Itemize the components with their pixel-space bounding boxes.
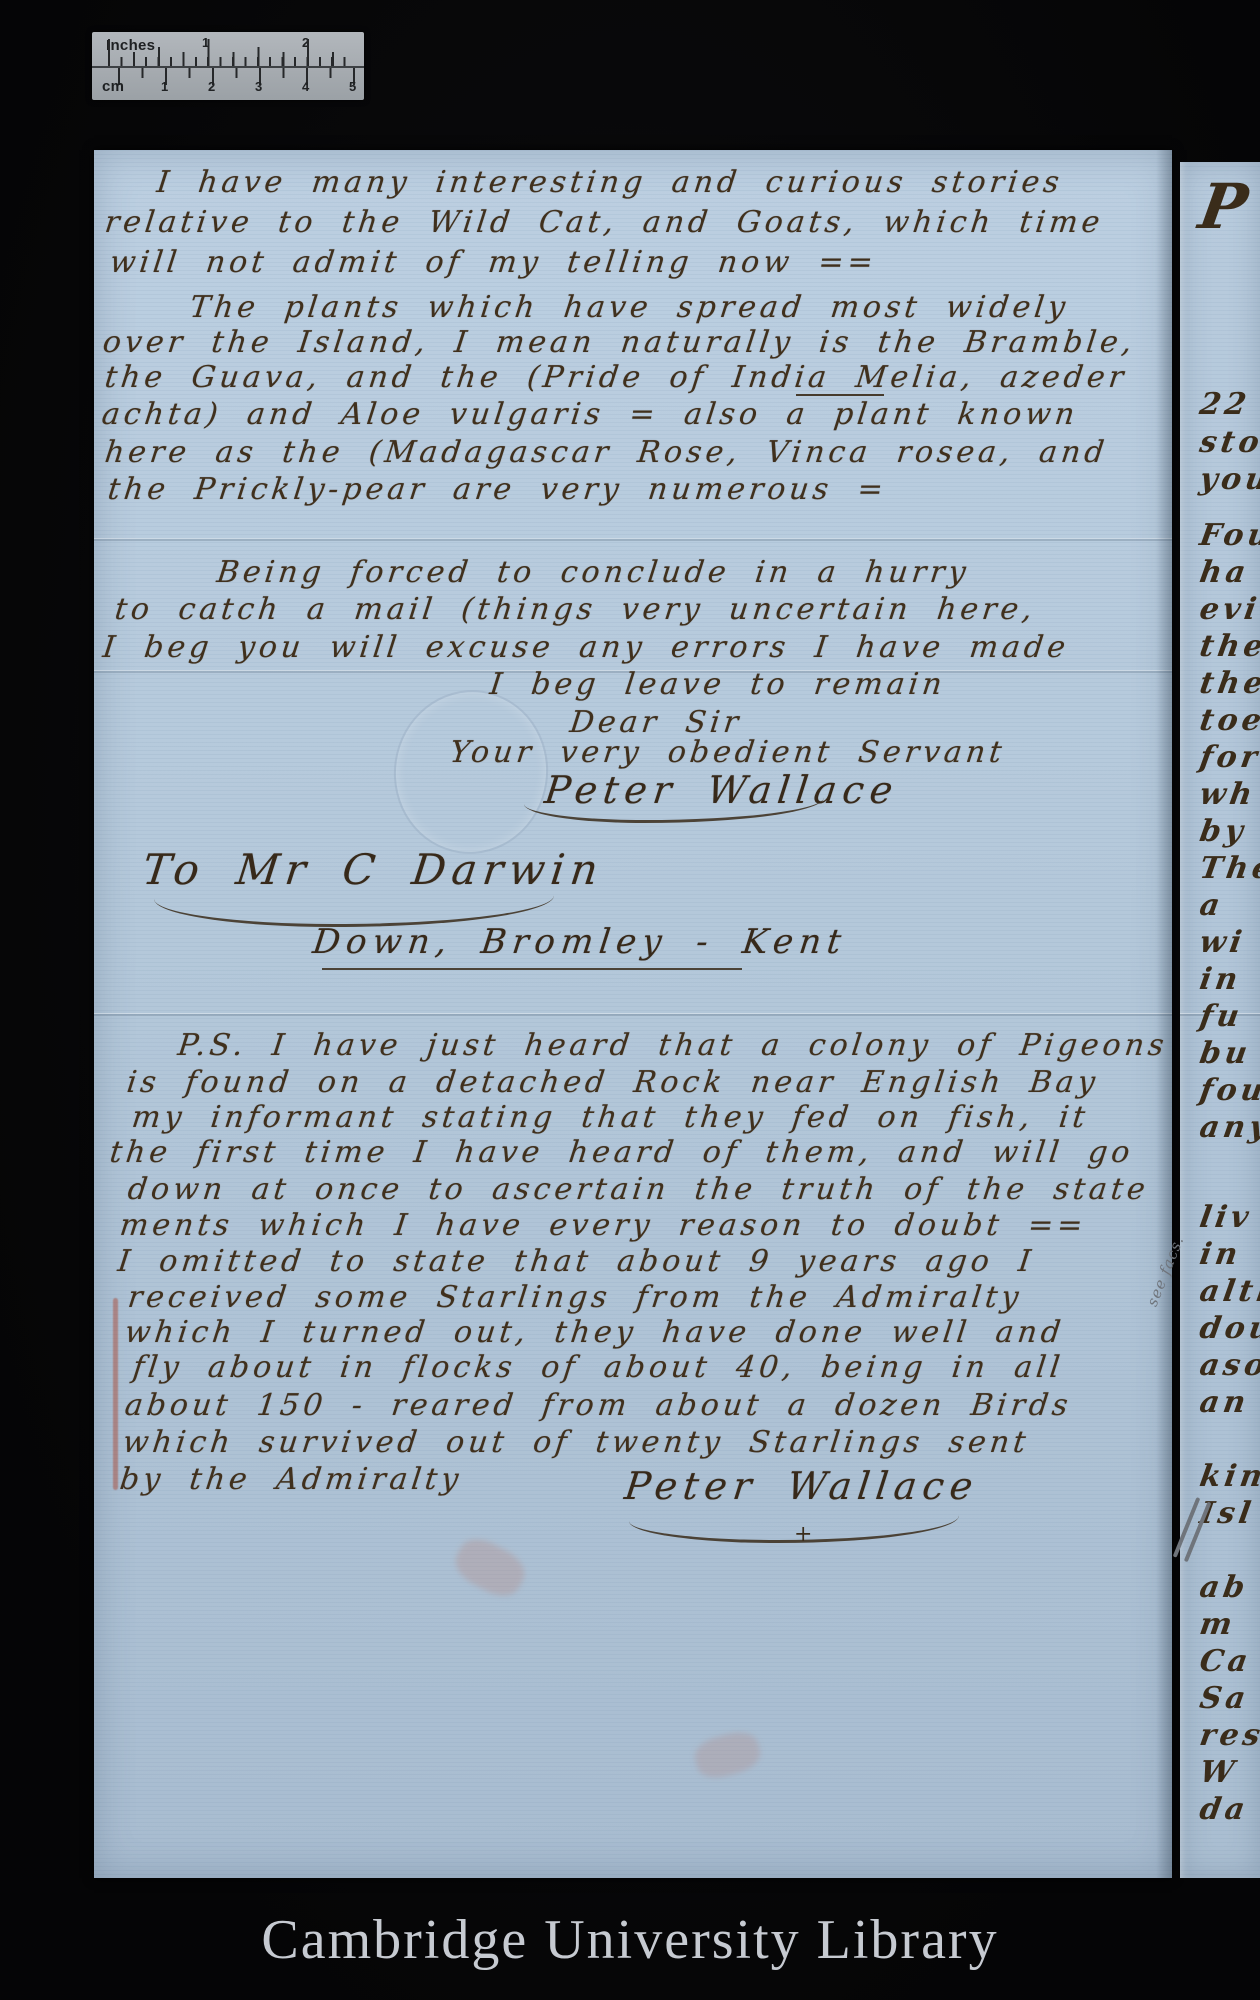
second-page-fragment: in (1197, 1237, 1244, 1272)
letter-line: here as the (Madagascar Rose, Vinca rose… (103, 435, 1110, 470)
letter-line: which I turned out, they have done well … (123, 1315, 1067, 1350)
second-page-fragment: P (1194, 170, 1256, 243)
letter-page: + I have many interesting and curious st… (94, 150, 1172, 1878)
second-page-fragment: sto (1197, 425, 1260, 460)
second-page-fragment: m (1197, 1607, 1238, 1642)
letter-line: received some Starlings from the Admiral… (126, 1280, 1025, 1315)
second-page-fragment: toe (1197, 703, 1260, 738)
second-page-fragment: an (1197, 1385, 1252, 1420)
signature-line: Peter Wallace (542, 768, 901, 812)
letter-line: relative to the Wild Cat, and Goats, whi… (103, 205, 1106, 240)
second-page-fragment: ab (1197, 1570, 1251, 1605)
second-page-fragment: W (1197, 1755, 1240, 1790)
ruler-cm-number-1: 1 (161, 79, 168, 94)
fold-crease (94, 1013, 1172, 1016)
letter-line: the first time I have heard of them, and… (108, 1135, 1136, 1170)
letter-line: down at once to ascertain the truth of t… (126, 1172, 1151, 1207)
letter-line: The plants which have spread most widely (188, 290, 1071, 325)
second-page-fragment: liv (1197, 1200, 1255, 1235)
letter-line: my informant stating that they fed on fi… (130, 1100, 1091, 1135)
letter-line: which survived out of twenty Starlings s… (121, 1425, 1032, 1460)
second-page-fragment: wi (1197, 925, 1248, 960)
second-page-fragment: you (1197, 462, 1260, 497)
letter-line: achta) and Aloe vulgaris = also a plant … (100, 397, 1081, 432)
second-page-fragment: evi (1197, 592, 1260, 627)
letter-line: P.S. I have just heard that a colony of … (176, 1028, 1170, 1063)
second-page-fragment: for (1197, 740, 1260, 775)
ruler-inch-ticks (108, 39, 350, 66)
second-page-fragment: da (1197, 1792, 1251, 1827)
letter-line: over the Island, I mean naturally is the… (101, 325, 1138, 360)
letter-line: to catch a mail (things very uncertain h… (113, 592, 1038, 627)
photo-stage: Inches 1 2 cm 1 2 3 4 5 + I have many in… (0, 0, 1260, 2000)
second-page-fragment: dou (1197, 1311, 1260, 1346)
signature-line: Down, Bromley - Kent (311, 922, 850, 962)
letter-line: will not admit of my telling now == (108, 245, 879, 280)
ruler-cm-number-2: 2 (208, 79, 215, 94)
second-page-fragment: 22 (1197, 387, 1252, 422)
page-fold-shadow (1156, 150, 1172, 1878)
letter-line: I beg leave to remain (488, 667, 948, 702)
letter-line: is found on a detached Rock near English… (125, 1065, 1101, 1100)
second-page-fragment: Sa (1197, 1681, 1252, 1716)
second-page-fragment: wh (1197, 777, 1258, 812)
measurement-ruler: Inches 1 2 cm 1 2 3 4 5 (92, 32, 364, 100)
second-page-fragment: in (1197, 962, 1244, 997)
fold-crease (94, 538, 1172, 541)
letter-line: I have many interesting and curious stor… (155, 165, 1065, 200)
letter-line: by the Admiralty (118, 1462, 464, 1497)
second-page-fragment: aso (1197, 1348, 1260, 1383)
letter-line: fly about in flocks of about 40, being i… (131, 1350, 1066, 1385)
letter-line: the Prickly-pear are very numerous = (106, 472, 889, 507)
red-crayon-mark (113, 1298, 118, 1490)
second-page-fragment: alth (1197, 1274, 1260, 1309)
second-page-fragment: any (1197, 1110, 1260, 1145)
letter-line: about 150 - reared from about a dozen Bi… (123, 1388, 1074, 1423)
second-page-fragment: They (1197, 851, 1260, 886)
letter-line: Your very obedient Servant (448, 735, 1008, 770)
ruler-cm-label: cm (102, 78, 124, 95)
letter-line: I beg you will excuse any errors I have … (101, 630, 1071, 665)
letter-line: the Guava, and the (Pride of India Melia… (103, 360, 1129, 395)
second-page-fragment: bu (1197, 1036, 1253, 1071)
second-page-fragment: the (1197, 666, 1260, 701)
second-page-fragment: by (1197, 814, 1249, 849)
second-page-fragment: a (1197, 888, 1226, 923)
letter-line: ments which I have every reason to doubt… (118, 1208, 1089, 1243)
library-watermark: Cambridge University Library (0, 1908, 1260, 1972)
second-page-fragment: Fou (1197, 518, 1260, 553)
letter-line: Being forced to conclude in a hurry (215, 555, 972, 590)
signature-line: Peter Wallace (622, 1464, 981, 1508)
second-page-fragment: fu (1197, 999, 1245, 1034)
signature-line: To Mr C Darwin (140, 845, 607, 894)
second-page-fragment: kin (1197, 1459, 1260, 1494)
letter-line: I omitted to state that about 9 years ag… (116, 1244, 1037, 1279)
cross-mark: + (794, 1522, 812, 1547)
second-page-fragment: Ca (1197, 1644, 1254, 1679)
ruler-cm-ticks (118, 68, 356, 85)
second-page-fragment: fou (1197, 1073, 1260, 1108)
second-page-fragment: res (1197, 1718, 1260, 1753)
second-page-fragment: ha (1197, 555, 1252, 590)
address-underline (322, 968, 742, 970)
embossed-stamp (383, 680, 558, 864)
ruler-cm-number-5: 5 (349, 79, 356, 94)
ruler-cm-number-4: 4 (302, 79, 309, 94)
second-page-edge: P22stoyouFouhaevithethetoeforwhbyTheyawi… (1180, 162, 1260, 1878)
ruler-cm-number-3: 3 (255, 79, 262, 94)
second-page-fragment: the (1197, 629, 1260, 664)
